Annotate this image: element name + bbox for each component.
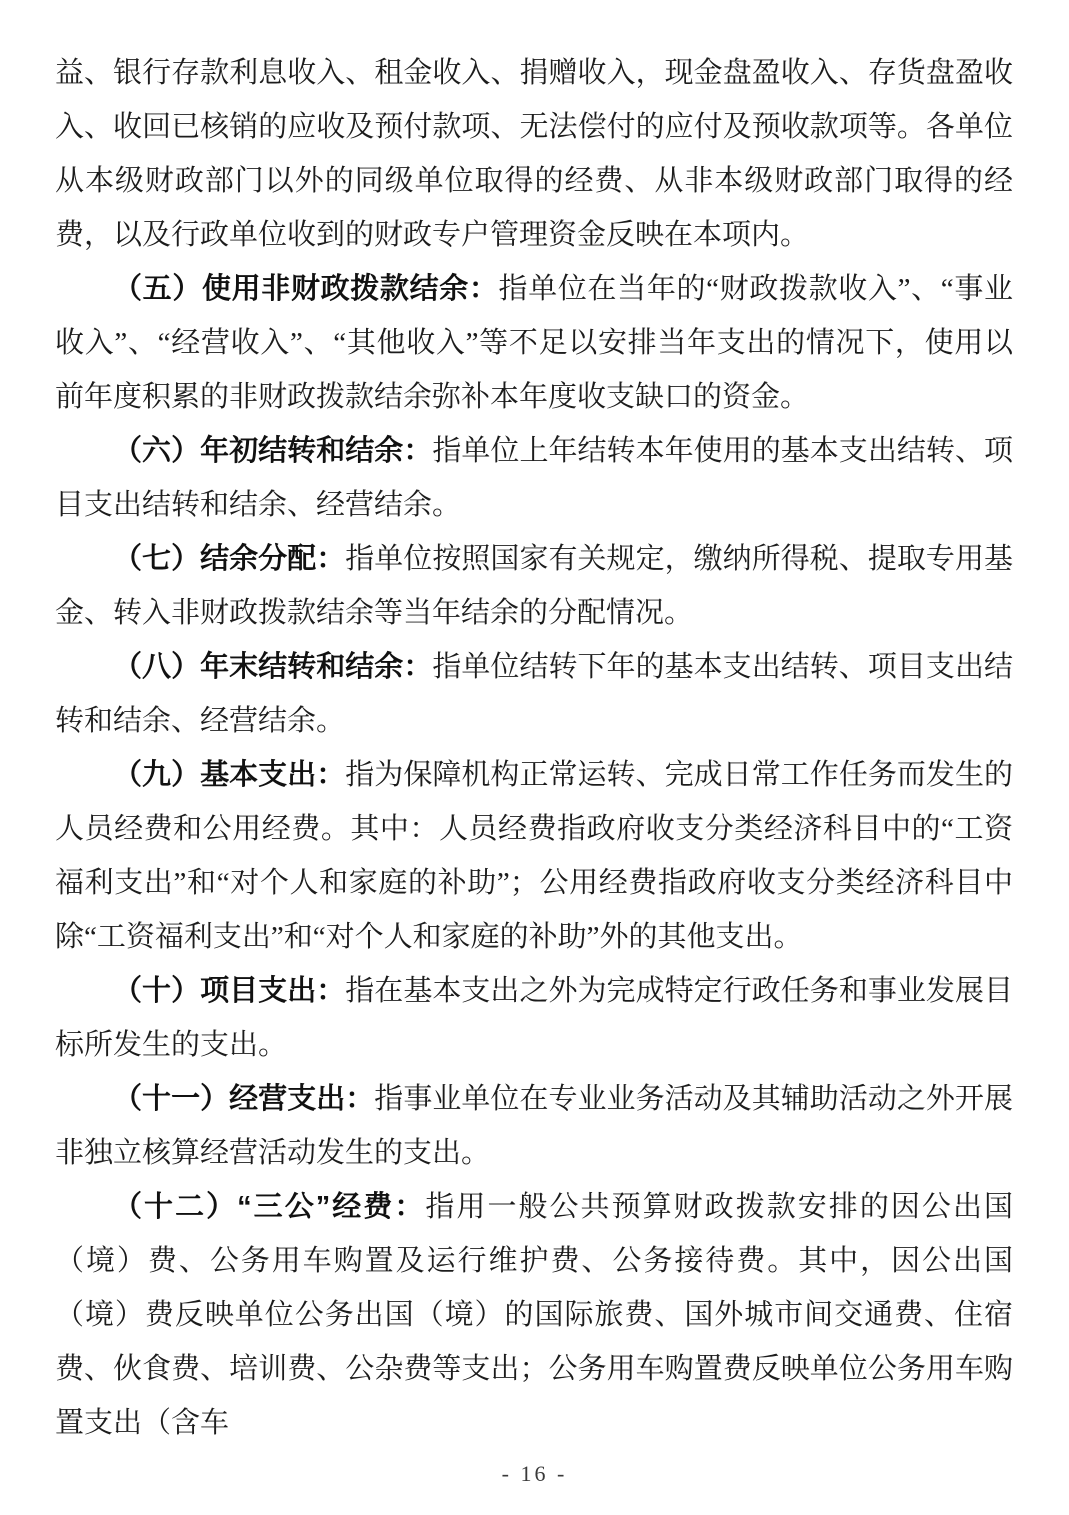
body-text: 指用一般公共预算财政拨款安排的因公出国（境）费、公务用车购置及运行维护费、公务接…: [55, 1191, 1013, 1439]
term-label: （十二）“三公”经费：: [113, 1191, 425, 1223]
term-label: （七）结余分配：: [113, 543, 345, 575]
term-label: （十）项目支出：: [113, 975, 345, 1007]
paragraph-7: （十）项目支出：指在基本支出之外为完成特定行政任务和事业发展目标所发生的支出。: [55, 964, 1013, 1072]
paragraph-9: （十二）“三公”经费：指用一般公共预算财政拨款安排的因公出国（境）费、公务用车购…: [55, 1180, 1013, 1450]
paragraph-5: （八）年末结转和结余：指单位结转下年的基本支出结转、项目支出结转和结余、经营结余…: [55, 640, 1013, 748]
paragraph-3: （六）年初结转和结余：指单位上年结转本年使用的基本支出结转、项目支出结转和结余、…: [55, 424, 1013, 532]
term-label: （六）年初结转和结余：: [113, 435, 432, 467]
body-text: 益、银行存款利息收入、租金收入、捐赠收入，现金盘盈收入、存货盘盈收入、收回已核销…: [55, 57, 1013, 251]
paragraph-8: （十一）经营支出：指事业单位在专业业务活动及其辅助活动之外开展非独立核算经营活动…: [55, 1072, 1013, 1180]
paragraph-2: （五）使用非财政拨款结余：指单位在当年的“财政拨款收入”、“事业收入”、“经营收…: [55, 262, 1013, 424]
term-label: （十一）经营支出：: [113, 1083, 374, 1115]
paragraph-4: （七）结余分配：指单位按照国家有关规定，缴纳所得税、提取专用基金、转入非财政拨款…: [55, 532, 1013, 640]
paragraph-6: （九）基本支出：指为保障机构正常运转、完成日常工作任务而发生的人员经费和公用经费…: [55, 748, 1013, 964]
document-body: 益、银行存款利息收入、租金收入、捐赠收入，现金盘盈收入、存货盘盈收入、收回已核销…: [55, 46, 1013, 1450]
term-label: （九）基本支出：: [113, 759, 345, 791]
page-number: - 16 -: [0, 1461, 1069, 1487]
term-label: （八）年末结转和结余：: [113, 651, 432, 683]
term-label: （五）使用非财政拨款结余：: [113, 273, 499, 305]
document-page: 益、银行存款利息收入、租金收入、捐赠收入，现金盘盈收入、存货盘盈收入、收回已核销…: [0, 0, 1069, 1515]
paragraph-1: 益、银行存款利息收入、租金收入、捐赠收入，现金盘盈收入、存货盘盈收入、收回已核销…: [55, 46, 1013, 262]
